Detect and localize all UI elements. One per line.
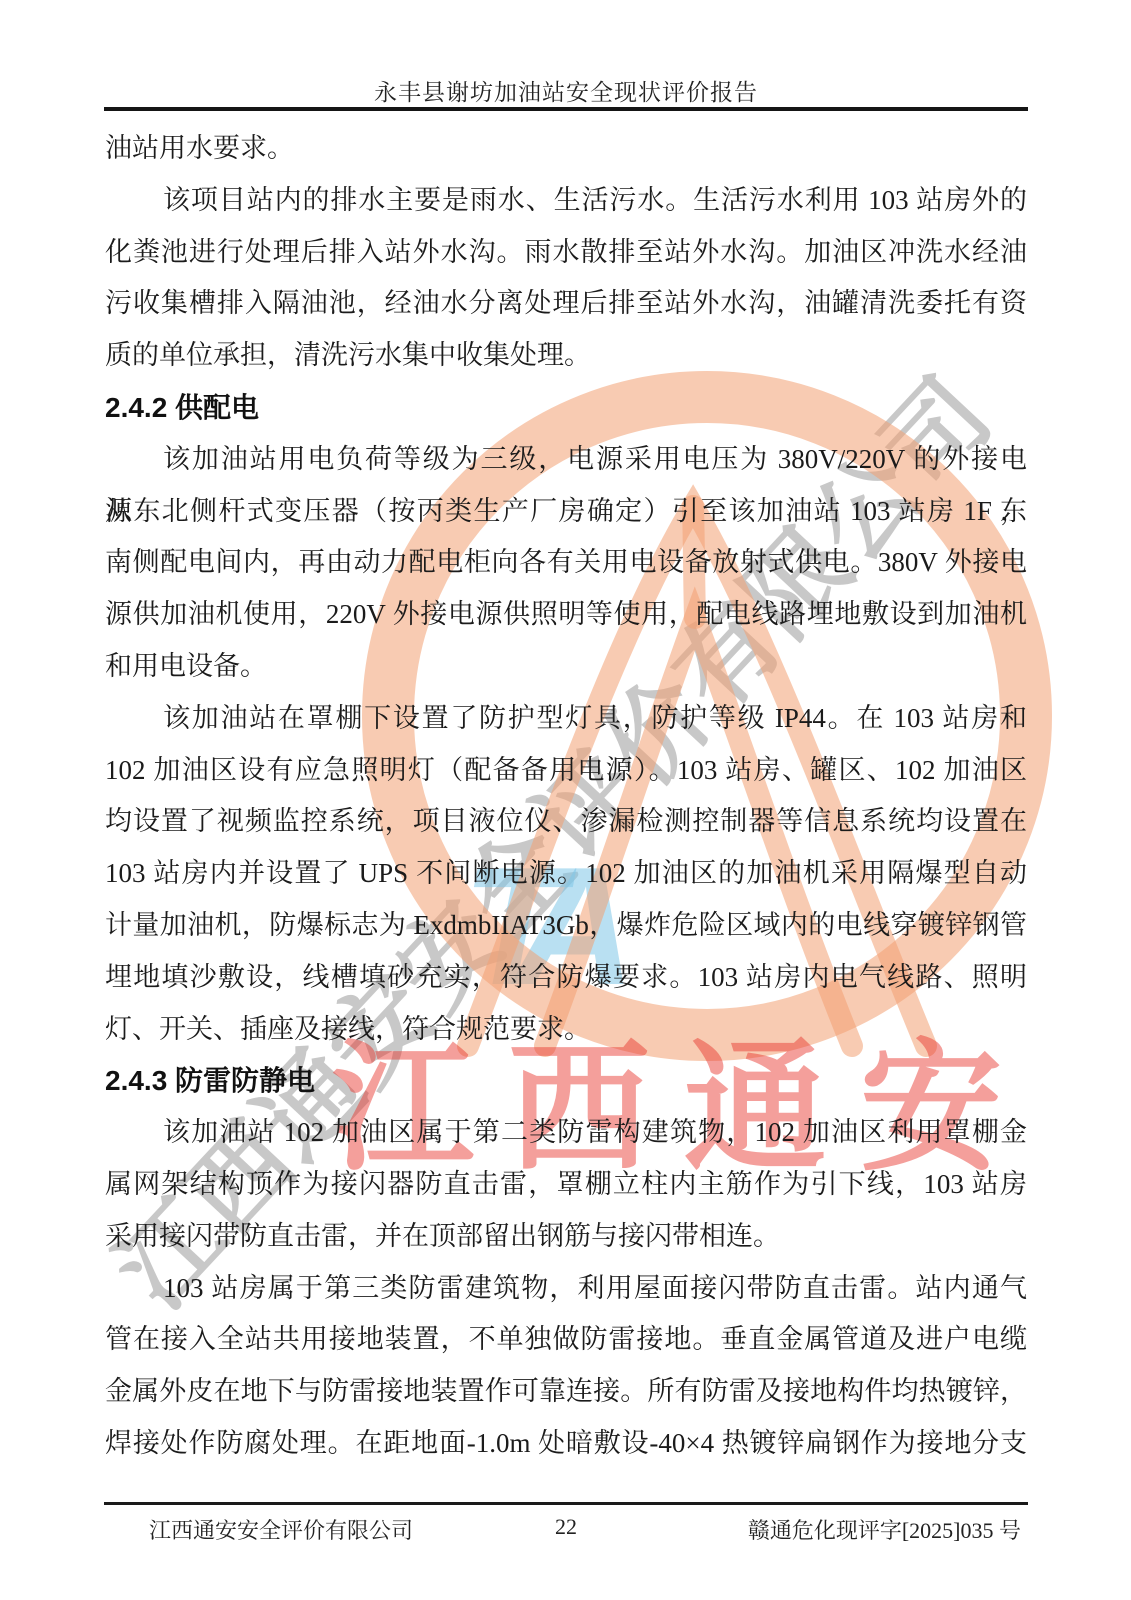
text-line: 灯、开关、插座及接线，符合规范要求。 xyxy=(105,1004,1027,1056)
page-number: 22 xyxy=(555,1514,577,1540)
text-line: 污收集槽排入隔油池，经油水分离处理后排至站外水沟，油罐清洗委托有资 xyxy=(105,278,1027,330)
document-body: 油站用水要求。 该项目站内的排水主要是雨水、生活污水。生活污水利用 103 站房… xyxy=(105,123,1027,1470)
text-line: 金属外皮在地下与防雷接地装置作可靠连接。所有防雷及接地构件均热镀锌， xyxy=(105,1366,1027,1418)
text-line: 质的单位承担，清洗污水集中收集处理。 xyxy=(105,330,1027,382)
section-heading-2-4-2: 2.4.2 供配电 xyxy=(105,382,1027,434)
text-line: 埋地填沙敷设，线槽填砂充实，符合防爆要求。103 站房内电气线路、照明 xyxy=(105,952,1027,1004)
text-line: 均设置了视频监控系统，项目液位仪、渗漏检测控制器等信息系统均设置在 xyxy=(105,796,1027,848)
text-line: 油站用水要求。 xyxy=(105,123,1027,175)
text-line: 该项目站内的排水主要是雨水、生活污水。生活污水利用 103 站房外的 xyxy=(105,175,1027,227)
text-line: 103 站房内并设置了 UPS 不间断电源。102 加油区的加油机采用隔爆型自动 xyxy=(105,848,1027,900)
footer: 江西通安安全评价有限公司 22 赣通危化现评字[2025]035 号 xyxy=(105,1508,1027,1548)
text-line: 计量加油机，防爆标志为 ExdmbIIAT3Gb，爆炸危险区域内的电线穿镀锌钢管 xyxy=(105,900,1027,952)
text-line: 源供加油机使用，220V 外接电源供照明等使用，配电线路埋地敷设到加油机 xyxy=(105,589,1027,641)
text-line: 该加油站 102 加油区属于第二类防雷构建筑物，102 加油区利用罩棚金 xyxy=(105,1107,1027,1159)
text-line: 采用接闪带防直击雷，并在顶部留出钢筋与接闪带相连。 xyxy=(105,1211,1027,1263)
text-line: 焊接处作防腐处理。在距地面-1.0m 处暗敷设-40×4 热镀锌扁钢作为接地分支 xyxy=(105,1418,1027,1470)
footer-doc-number: 赣通危化现评字[2025]035 号 xyxy=(748,1514,1021,1545)
text-line: 102 加油区设有应急照明灯（配备备用电源）。103 站房、罐区、102 加油区 xyxy=(105,745,1027,797)
text-line: 和用电设备。 xyxy=(105,641,1027,693)
text-line: 该加油站在罩棚下设置了防护型灯具，防护等级 IP44。在 103 站房和 xyxy=(105,693,1027,745)
section-heading-2-4-3: 2.4.3 防雷防静电 xyxy=(105,1055,1027,1107)
text-line: 该加油站用电负荷等级为三级，电源采用电压为 380V/220V 的外接电源， xyxy=(105,434,1027,486)
text-line: 化粪池进行处理后排入站外水沟。雨水散排至站外水沟。加油区冲洗水经油 xyxy=(105,227,1027,279)
text-line: 南侧配电间内，再由动力配电柜向各有关用电设备放射式供电。380V 外接电 xyxy=(105,537,1027,589)
footer-company-name: 江西通安安全评价有限公司 xyxy=(149,1514,413,1545)
text-line: 属网架结构顶作为接闪器防直击雷，罩棚立柱内主筋作为引下线，103 站房 xyxy=(105,1159,1027,1211)
document-page: 江西通安安全评价有限公司 TA 江西通安 永丰县谢坊加油站安全现状评价报告 油站… xyxy=(0,0,1131,1600)
text-line: 管在接入全站共用接地装置，不单独做防雷接地。垂直金属管道及进户电缆 xyxy=(105,1314,1027,1366)
text-line: 从东北侧杆式变压器（按丙类生产厂房确定）引至该加油站 103 站房 1F 东 xyxy=(105,486,1027,538)
text-line: 103 站房属于第三类防雷建筑物，利用屋面接闪带防直击雷。站内通气 xyxy=(105,1263,1027,1315)
